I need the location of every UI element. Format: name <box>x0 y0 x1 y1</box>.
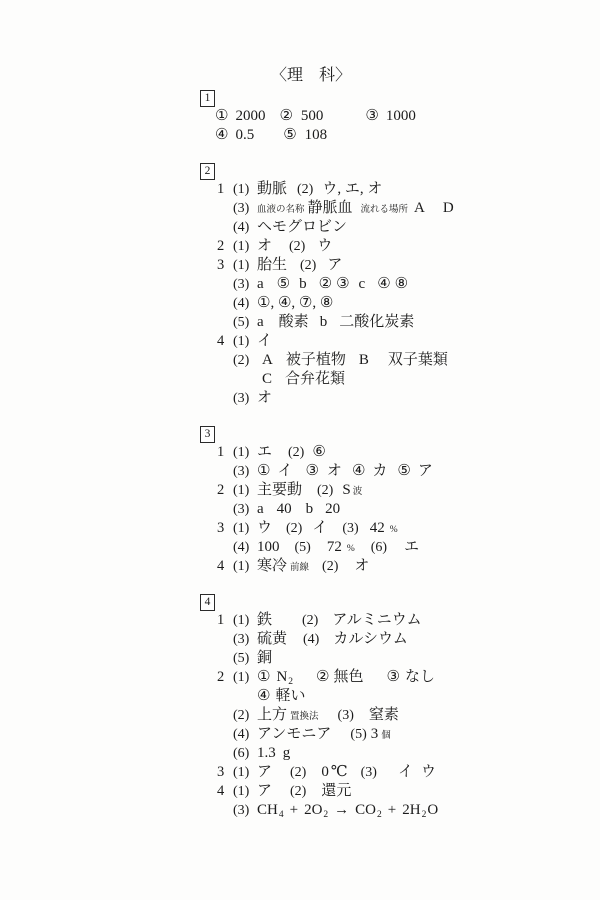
answer-text: B <box>359 351 369 370</box>
page-title: 〈理 科〉 <box>0 66 600 85</box>
answer-text: ア <box>257 763 272 782</box>
answer-text: ④ <box>215 126 228 145</box>
part-label: (1) <box>233 332 257 351</box>
section-number-box: 3 <box>200 426 215 443</box>
answer-text: 窒素 <box>369 706 399 725</box>
answer-text: a <box>257 275 264 294</box>
part-label: (2) <box>233 706 257 725</box>
answer-text: イ <box>277 462 292 481</box>
answer-text: カ <box>372 462 387 481</box>
part-label: (2) <box>317 481 333 500</box>
answer-text: c <box>359 275 366 294</box>
answer-text: 軽い <box>275 687 305 706</box>
part-label: (3) <box>233 462 257 481</box>
answer-text: ③ <box>365 107 378 126</box>
answer-text: なし <box>405 668 435 687</box>
part-label: (2) <box>322 557 338 576</box>
answer-text: g <box>283 744 291 763</box>
answer-text: ③ <box>305 462 318 481</box>
part-label: (1) <box>233 668 257 687</box>
part-label: (2) <box>233 351 257 370</box>
answer-text: 硫黄 <box>257 630 287 649</box>
part-label: (4) <box>233 218 257 237</box>
answer-text: エ <box>404 538 419 557</box>
question-number: 1 <box>217 611 233 630</box>
answer-text: オ <box>327 462 342 481</box>
answer-text: ⑤ <box>277 275 290 294</box>
answer-text: 72 <box>327 538 342 557</box>
answer-text: N <box>276 668 287 687</box>
answer-text: イ <box>398 763 413 782</box>
answer-text: ③ <box>387 668 400 687</box>
subscript: 2 <box>377 806 382 825</box>
answer-text: ⑥ <box>312 443 325 462</box>
answer-text: ℃ <box>331 763 348 782</box>
answer-text: 500 <box>301 107 324 126</box>
answer-text: b <box>299 275 307 294</box>
answer-text: 静脈血 <box>308 199 353 218</box>
answer-text: オ <box>354 557 369 576</box>
part-label: (1) <box>233 481 257 500</box>
answer-text: 上方 <box>257 706 287 725</box>
answer-text: CO <box>355 801 376 820</box>
answer-line: 3(1)ウ(2)イ(3)42% <box>0 519 600 538</box>
answer-text: ウ <box>257 519 272 538</box>
question-number: 4 <box>217 332 233 351</box>
answer-line: (4)100(5)72%(6)エ <box>0 538 600 557</box>
answer-line: (3)血液の名称静脈血流れる場所AD <box>0 199 600 218</box>
question-number: 2 <box>217 668 233 687</box>
question-number: 4 <box>217 782 233 801</box>
part-label: (4) <box>233 538 257 557</box>
answer-text: A <box>262 351 273 370</box>
answer-text: CH <box>257 801 278 820</box>
answer-text: 胎生 <box>257 256 287 275</box>
answer-text: ア <box>327 256 342 275</box>
answer-line: 4(1)ア(2)還元 <box>0 782 600 801</box>
answer-text: 3 <box>371 725 379 744</box>
section-header: 2 <box>0 161 600 180</box>
answer-text: 波 <box>353 483 363 502</box>
answer-text: エ <box>257 443 272 462</box>
question-number: 3 <box>217 256 233 275</box>
answer-line: (4)アンモニア(5)3個 <box>0 725 600 744</box>
part-label: (3) <box>233 389 257 408</box>
part-label: (5) <box>233 313 257 332</box>
answer-text: 40 <box>277 500 292 519</box>
part-label: (2) <box>297 180 313 199</box>
part-label: (1) <box>233 443 257 462</box>
part-label: (1) <box>233 519 257 538</box>
answer-text: 合弁花類 <box>285 370 345 389</box>
answer-text: アンモニア <box>257 725 331 744</box>
answer-line: (2)上方置換法(3)窒素 <box>0 706 600 725</box>
answer-text: アルミニウム <box>332 611 421 630</box>
answer-text: 1.3 <box>257 744 276 763</box>
answer-text: ① <box>215 107 228 126</box>
answer-text: ①, ④, ⑦, ⑧ <box>257 294 333 313</box>
part-label: (1) <box>233 611 257 630</box>
part-label: (2) <box>289 237 305 256</box>
answer-sections: 1①2000②500③1000④0.5⑤10821(1)動脈(2)ウ, エ, オ… <box>0 88 600 820</box>
section-number-box: 2 <box>200 163 215 180</box>
part-label: (1) <box>233 557 257 576</box>
answer-line: (2)A被子植物B双子葉類 <box>0 351 600 370</box>
part-label: (3) <box>361 763 377 782</box>
answer-line: (4)ヘモグロビン <box>0 218 600 237</box>
answer-text: ⑤ <box>283 126 296 145</box>
answer-text: 動脈 <box>257 180 287 199</box>
answer-text: C <box>262 370 272 389</box>
answer-text: ア <box>418 462 433 481</box>
answer-text: 酸素 <box>279 313 309 332</box>
answer-line: 1(1)動脈(2)ウ, エ, オ <box>0 180 600 199</box>
answer-line: (3)硫黄(4)カルシウム <box>0 630 600 649</box>
question-number: 4 <box>217 557 233 576</box>
answer-text: 被子植物 <box>286 351 346 370</box>
answer-text: 20 <box>325 500 340 519</box>
answer-text: + <box>388 801 396 820</box>
answer-text: + <box>290 801 298 820</box>
part-label: (4) <box>233 294 257 313</box>
answer-line: (6)1.3g <box>0 744 600 763</box>
answer-text: 前線 <box>290 559 309 578</box>
answer-text: 0 <box>321 763 329 782</box>
question-number: 3 <box>217 519 233 538</box>
part-label: (1) <box>233 763 257 782</box>
answer-text: D <box>443 199 454 218</box>
answer-text: S <box>342 481 350 500</box>
section-header: 4 <box>0 592 600 611</box>
answer-line: 2(1)主要動(2)S波 <box>0 481 600 500</box>
section-header: 3 <box>0 424 600 443</box>
part-label: (3) <box>233 500 257 519</box>
answer-text: イ <box>257 332 272 351</box>
answer-text: ④ <box>377 275 390 294</box>
part-label: (4) <box>303 630 319 649</box>
answer-text: ウ <box>421 763 436 782</box>
answer-text: → <box>334 801 349 820</box>
part-label: (3) <box>233 801 257 820</box>
answer-line: (5)銅 <box>0 649 600 668</box>
answer-line: (3)①イ③オ④カ⑤ア <box>0 462 600 481</box>
part-label: (1) <box>233 237 257 256</box>
subscript: 4 <box>279 806 284 825</box>
answer-line: 2(1)オ(2)ウ <box>0 237 600 256</box>
answer-text: 0.5 <box>235 126 254 145</box>
answer-text: ⑤ <box>397 462 410 481</box>
part-label: (1) <box>233 256 257 275</box>
answer-text: 108 <box>305 126 328 145</box>
answer-line: 4(1)寒冷前線(2)オ <box>0 557 600 576</box>
part-label: (6) <box>371 538 387 557</box>
answer-text: 寒冷 <box>257 557 287 576</box>
answer-line: 2(1)①N2②無色③なし <box>0 668 600 687</box>
part-label: (4) <box>233 725 257 744</box>
answer-line: (3)CH4+2O2→CO2+2H2O <box>0 801 600 820</box>
answer-line: 4(1)イ <box>0 332 600 351</box>
part-label: (2) <box>300 256 316 275</box>
answer-text: ① <box>257 462 270 481</box>
answer-text: 鉄 <box>257 611 272 630</box>
answer-line: ①2000②500③1000 <box>0 107 600 126</box>
answer-line: (3)a⑤b②③c④⑧ <box>0 275 600 294</box>
subscript: 2 <box>422 806 427 825</box>
part-label: (3) <box>338 706 354 725</box>
part-label: (2) <box>286 519 302 538</box>
part-label: (2) <box>288 443 304 462</box>
part-label: (5) <box>350 725 366 744</box>
answer-text: カルシウム <box>333 630 407 649</box>
answer-text: 100 <box>257 538 280 557</box>
answer-line: (3)a40b20 <box>0 500 600 519</box>
part-label: (2) <box>302 611 318 630</box>
answer-text: A <box>414 199 425 218</box>
answer-text: 還元 <box>321 782 351 801</box>
answer-text: 2O <box>304 801 322 820</box>
answer-text: ④ <box>352 462 365 481</box>
answer-text: a <box>257 500 264 519</box>
answer-line: 3(1)ア(2)0℃(3)イウ <box>0 763 600 782</box>
answer-line: ④軽い <box>0 687 600 706</box>
answer-text: 主要動 <box>257 481 302 500</box>
answer-text: 二酸化炭素 <box>339 313 414 332</box>
part-label: (1) <box>233 180 257 199</box>
answer-text: 2H <box>402 801 420 820</box>
question-number: 2 <box>217 481 233 500</box>
part-label: (1) <box>233 782 257 801</box>
section-number-box: 1 <box>200 90 215 107</box>
answer-line: (5)a酸素b二酸化炭素 <box>0 313 600 332</box>
answer-text: オ <box>257 237 272 256</box>
answer-text: ウ, エ, オ <box>322 180 382 199</box>
answer-text: ① <box>257 668 270 687</box>
part-label: (5) <box>295 538 311 557</box>
part-label: (3) <box>233 630 257 649</box>
answer-text: O <box>427 801 438 820</box>
question-number: 1 <box>217 180 233 199</box>
answer-text: 流れる場所 <box>361 201 409 220</box>
answer-text: ヘモグロビン <box>257 218 347 237</box>
part-label: (2) <box>290 782 306 801</box>
answer-text: ア <box>257 782 272 801</box>
answer-text: ③ <box>336 275 349 294</box>
answer-text: ② <box>279 107 292 126</box>
answer-line: C合弁花類 <box>0 370 600 389</box>
answer-text: イ <box>312 519 327 538</box>
subscript: 2 <box>323 806 328 825</box>
question-number: 2 <box>217 237 233 256</box>
answer-text: ② <box>316 668 329 687</box>
answer-text: ⑧ <box>395 275 408 294</box>
question-number: 1 <box>217 443 233 462</box>
answer-text: 銅 <box>257 649 272 668</box>
part-label: (3) <box>233 199 257 218</box>
answer-text: b <box>320 313 328 332</box>
section-header: 1 <box>0 88 600 107</box>
answer-text: 1000 <box>386 107 416 126</box>
answer-text: ④ <box>257 687 270 706</box>
answer-line: 1(1)エ(2)⑥ <box>0 443 600 462</box>
science-answer-sheet: 〈理 科〉 1①2000②500③1000④0.5⑤10821(1)動脈(2)ウ… <box>0 0 600 900</box>
answer-text: オ <box>257 389 272 408</box>
answer-line: (3)オ <box>0 389 600 408</box>
part-label: (2) <box>290 763 306 782</box>
answer-text: ウ <box>317 237 332 256</box>
answer-text: 双子葉類 <box>388 351 448 370</box>
answer-text: 無色 <box>334 668 364 687</box>
answer-text: ② <box>319 275 332 294</box>
part-label: (6) <box>233 744 257 763</box>
answer-text: b <box>306 500 314 519</box>
section-number-box: 4 <box>200 594 215 611</box>
answer-line: 3(1)胎生(2)ア <box>0 256 600 275</box>
answer-text: 個 <box>381 727 391 746</box>
answer-text: 42 <box>370 519 385 538</box>
answer-line: ④0.5⑤108 <box>0 126 600 145</box>
answer-line: (4)①, ④, ⑦, ⑧ <box>0 294 600 313</box>
answer-line: 1(1)鉄(2)アルミニウム <box>0 611 600 630</box>
part-label: (3) <box>233 275 257 294</box>
answer-text: 2000 <box>235 107 265 126</box>
part-label: (3) <box>342 519 358 538</box>
answer-text: a <box>257 313 264 332</box>
question-number: 3 <box>217 763 233 782</box>
part-label: (5) <box>233 649 257 668</box>
